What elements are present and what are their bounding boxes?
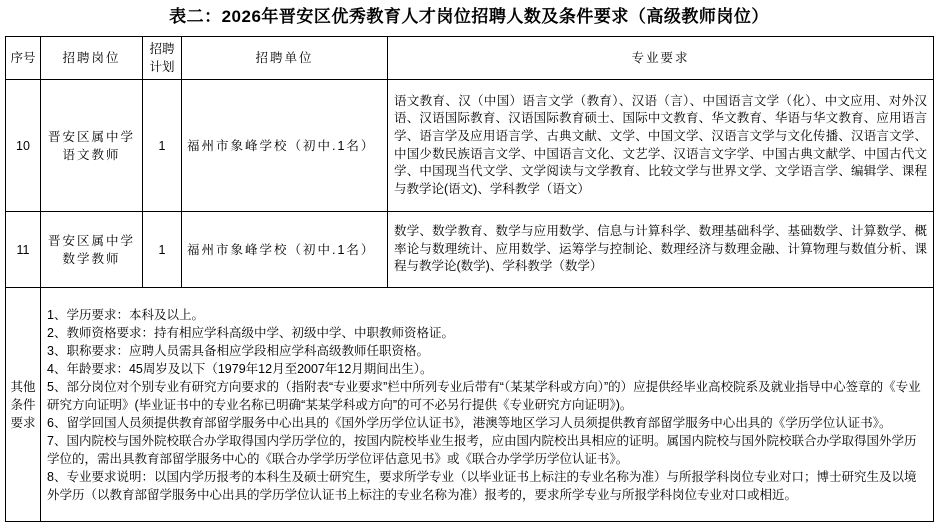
condition-item-6: 6、留学回国人员须提供教育部留学服务中心出具的《国外学历学位认证书》，港澳等地区… — [47, 414, 927, 432]
position-cell: 晋安区属中学语文教师 — [41, 80, 143, 212]
header-plan: 招聘计划 — [143, 37, 182, 80]
position-cell: 晋安区属中学数学教师 — [41, 212, 143, 288]
header-row: 序号 招聘岗位 招聘计划 招聘单位 专业要求 — [6, 37, 934, 80]
header-unit: 招聘单位 — [182, 37, 388, 80]
recruitment-table: 序号 招聘岗位 招聘计划 招聘单位 专业要求 10 晋安区属中学语文教师 1 福… — [5, 36, 934, 522]
header-position: 招聘岗位 — [41, 37, 143, 80]
serial-number-cell: 10 — [6, 80, 41, 212]
table-row-11: 11 晋安区属中学数学教师 1 福州市象峰学校（初中.1名） 数学、数学教育、数… — [6, 212, 934, 288]
unit-cell: 福州市象峰学校（初中.1名） — [182, 212, 388, 288]
condition-item-1: 1、学历要求：本科及以上。 — [47, 306, 927, 324]
serial-number-cell: 11 — [6, 212, 41, 288]
other-conditions-row: 其他条件要求 1、学历要求：本科及以上。 2、教师资格要求：持有相应学科高级中学… — [6, 288, 934, 522]
unit-cell: 福州市象峰学校（初中.1名） — [182, 80, 388, 212]
condition-item-3: 3、职称要求：应聘人员需具备相应学段相应学科高级教师任职资格。 — [47, 342, 927, 360]
header-major-requirements: 专业要求 — [388, 37, 934, 80]
major-requirements-cell: 数学、数学教育、数学与应用数学、信息与计算科学、数理基础科学、基础数学、计算数学… — [388, 212, 934, 288]
plan-cell: 1 — [143, 80, 182, 212]
condition-item-7: 7、国内院校与国外院校联合办学取得国内学历学位的，按国内院校毕业生报考，应由国内… — [47, 432, 927, 468]
condition-item-8: 8、专业要求说明：以国内学历报考的本科生及硕士研究生，要求所学专业（以毕业证书上… — [47, 468, 927, 504]
table-row-10: 10 晋安区属中学语文教师 1 福州市象峰学校（初中.1名） 语文教育、汉（中国… — [6, 80, 934, 212]
page-title: 表二：2026年晋安区优秀教育人才岗位招聘人数及条件要求（高级教师岗位） — [0, 0, 938, 28]
major-requirements-cell: 语文教育、汉（中国）语言文学（教育）、汉语（言）、中国语言文学（化）、中文应用、… — [388, 80, 934, 212]
condition-item-5: 5、部分岗位对个别专业有研究方向要求的（指附表“专业要求”栏中所列专业后带有“（… — [47, 378, 927, 414]
header-serial-number: 序号 — [6, 37, 41, 80]
other-conditions-label: 其他条件要求 — [6, 288, 41, 522]
condition-item-2: 2、教师资格要求：持有相应学科高级中学、初级中学、中职教师资格证。 — [47, 324, 927, 342]
condition-item-4: 4、年龄要求：45周岁及以下（1979年12月至2007年12月期间出生）。 — [47, 360, 927, 378]
other-conditions-cell: 1、学历要求：本科及以上。 2、教师资格要求：持有相应学科高级中学、初级中学、中… — [41, 288, 934, 522]
plan-cell: 1 — [143, 212, 182, 288]
